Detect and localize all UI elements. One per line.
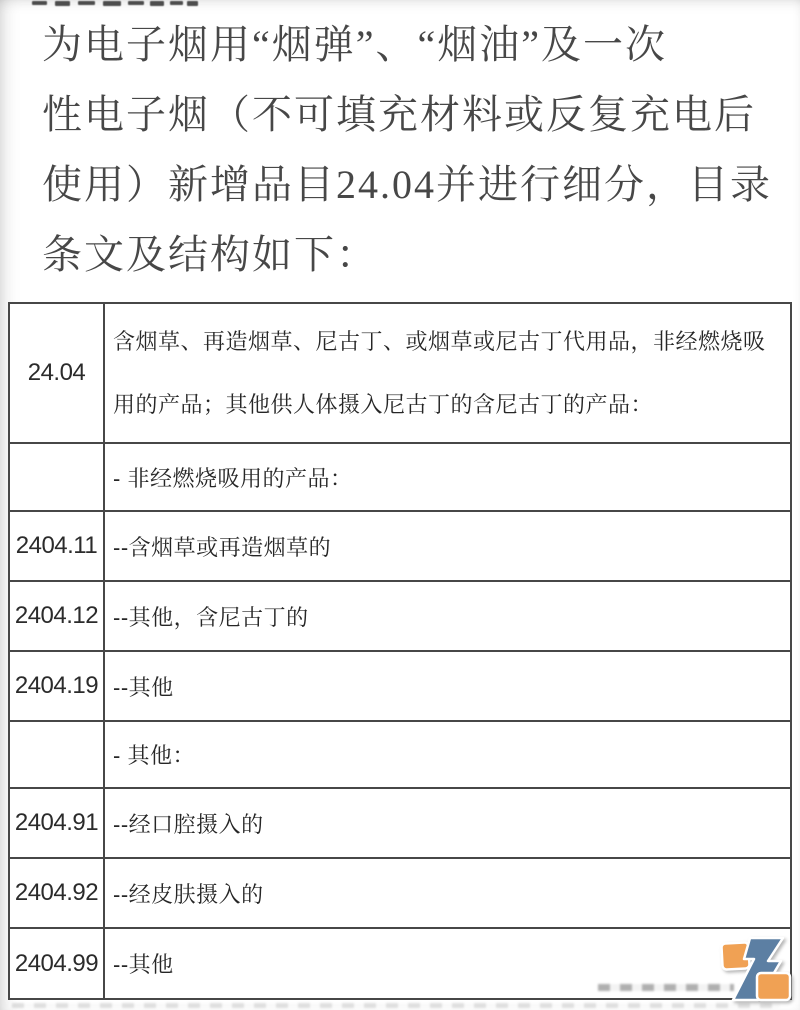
paragraph-line: 条文及结构如下： <box>42 220 786 290</box>
description-cell: --含烟草或再造烟草的 <box>105 512 790 580</box>
code-cell: 2404.92 <box>10 859 105 927</box>
cropped-text-fragment <box>78 1 95 5</box>
description-cell: - 非经燃烧吸用的产品： <box>105 444 790 510</box>
table-row: 2404.12 --其他，含尼古丁的 <box>10 580 790 650</box>
code-cell <box>10 444 105 510</box>
cropped-text-fragment <box>55 1 70 6</box>
cropped-top-text-line <box>0 0 800 8</box>
code-cell: 2404.19 <box>10 652 105 720</box>
description-cell: --经皮肤摄入的 <box>105 859 790 927</box>
table-row: 24.04 含烟草、再造烟草、尼古丁、或烟草或尼古丁代用品，非经燃烧吸用的产品；… <box>10 304 790 442</box>
hs-code-table: 24.04 含烟草、再造烟草、尼古丁、或烟草或尼古丁代用品，非经燃烧吸用的产品；… <box>8 302 792 1000</box>
code-cell <box>10 722 105 787</box>
code-cell: 2404.99 <box>10 929 105 998</box>
description-cell: --其他 <box>105 652 790 720</box>
logo-orange-block-bottom <box>757 973 790 1000</box>
table-row: 2404.19 --其他 <box>10 650 790 720</box>
cropped-text-fragment <box>128 1 144 5</box>
code-cell: 2404.12 <box>10 582 105 650</box>
brand-logo-watermark <box>720 936 792 1002</box>
description-cell: 含烟草、再造烟草、尼古丁、或烟草或尼古丁代用品，非经燃烧吸用的产品；其他供人体摄… <box>105 304 790 442</box>
cropped-text-fragment <box>170 1 183 5</box>
paragraph-line: 性电子烟（不可填充材料或反复充电后 <box>42 80 786 150</box>
table-row: - 其他： <box>10 720 790 787</box>
cropped-text-fragment <box>103 1 121 6</box>
description-cell: --其他，含尼古丁的 <box>105 582 790 650</box>
paragraph-line: 为电子烟用“烟弹”、“烟油”及一次 <box>42 10 786 80</box>
bottom-scan-noise <box>12 1003 780 1008</box>
document-page: 为电子烟用“烟弹”、“烟油”及一次 性电子烟（不可填充材料或反复充电后 使用）新… <box>0 0 800 1010</box>
faint-watermark-text <box>598 984 734 991</box>
description-cell: - 其他： <box>105 722 790 787</box>
table-row: 2404.11 --含烟草或再造烟草的 <box>10 510 790 580</box>
cropped-text-fragment <box>150 1 164 6</box>
code-cell: 2404.91 <box>10 789 105 857</box>
cropped-text-fragment <box>32 1 47 5</box>
paragraph-line: 使用）新增品目24.04并进行细分，目录 <box>42 150 786 220</box>
code-cell: 2404.11 <box>10 512 105 580</box>
code-cell: 24.04 <box>10 304 105 442</box>
cropped-text-fragment <box>187 1 198 6</box>
table-row: 2404.92 --经皮肤摄入的 <box>10 857 790 927</box>
table-row: - 非经燃烧吸用的产品： <box>10 442 790 510</box>
description-cell: --经口腔摄入的 <box>105 789 790 857</box>
intro-paragraph: 为电子烟用“烟弹”、“烟油”及一次 性电子烟（不可填充材料或反复充电后 使用）新… <box>42 10 786 290</box>
table-row: 2404.91 --经口腔摄入的 <box>10 787 790 857</box>
